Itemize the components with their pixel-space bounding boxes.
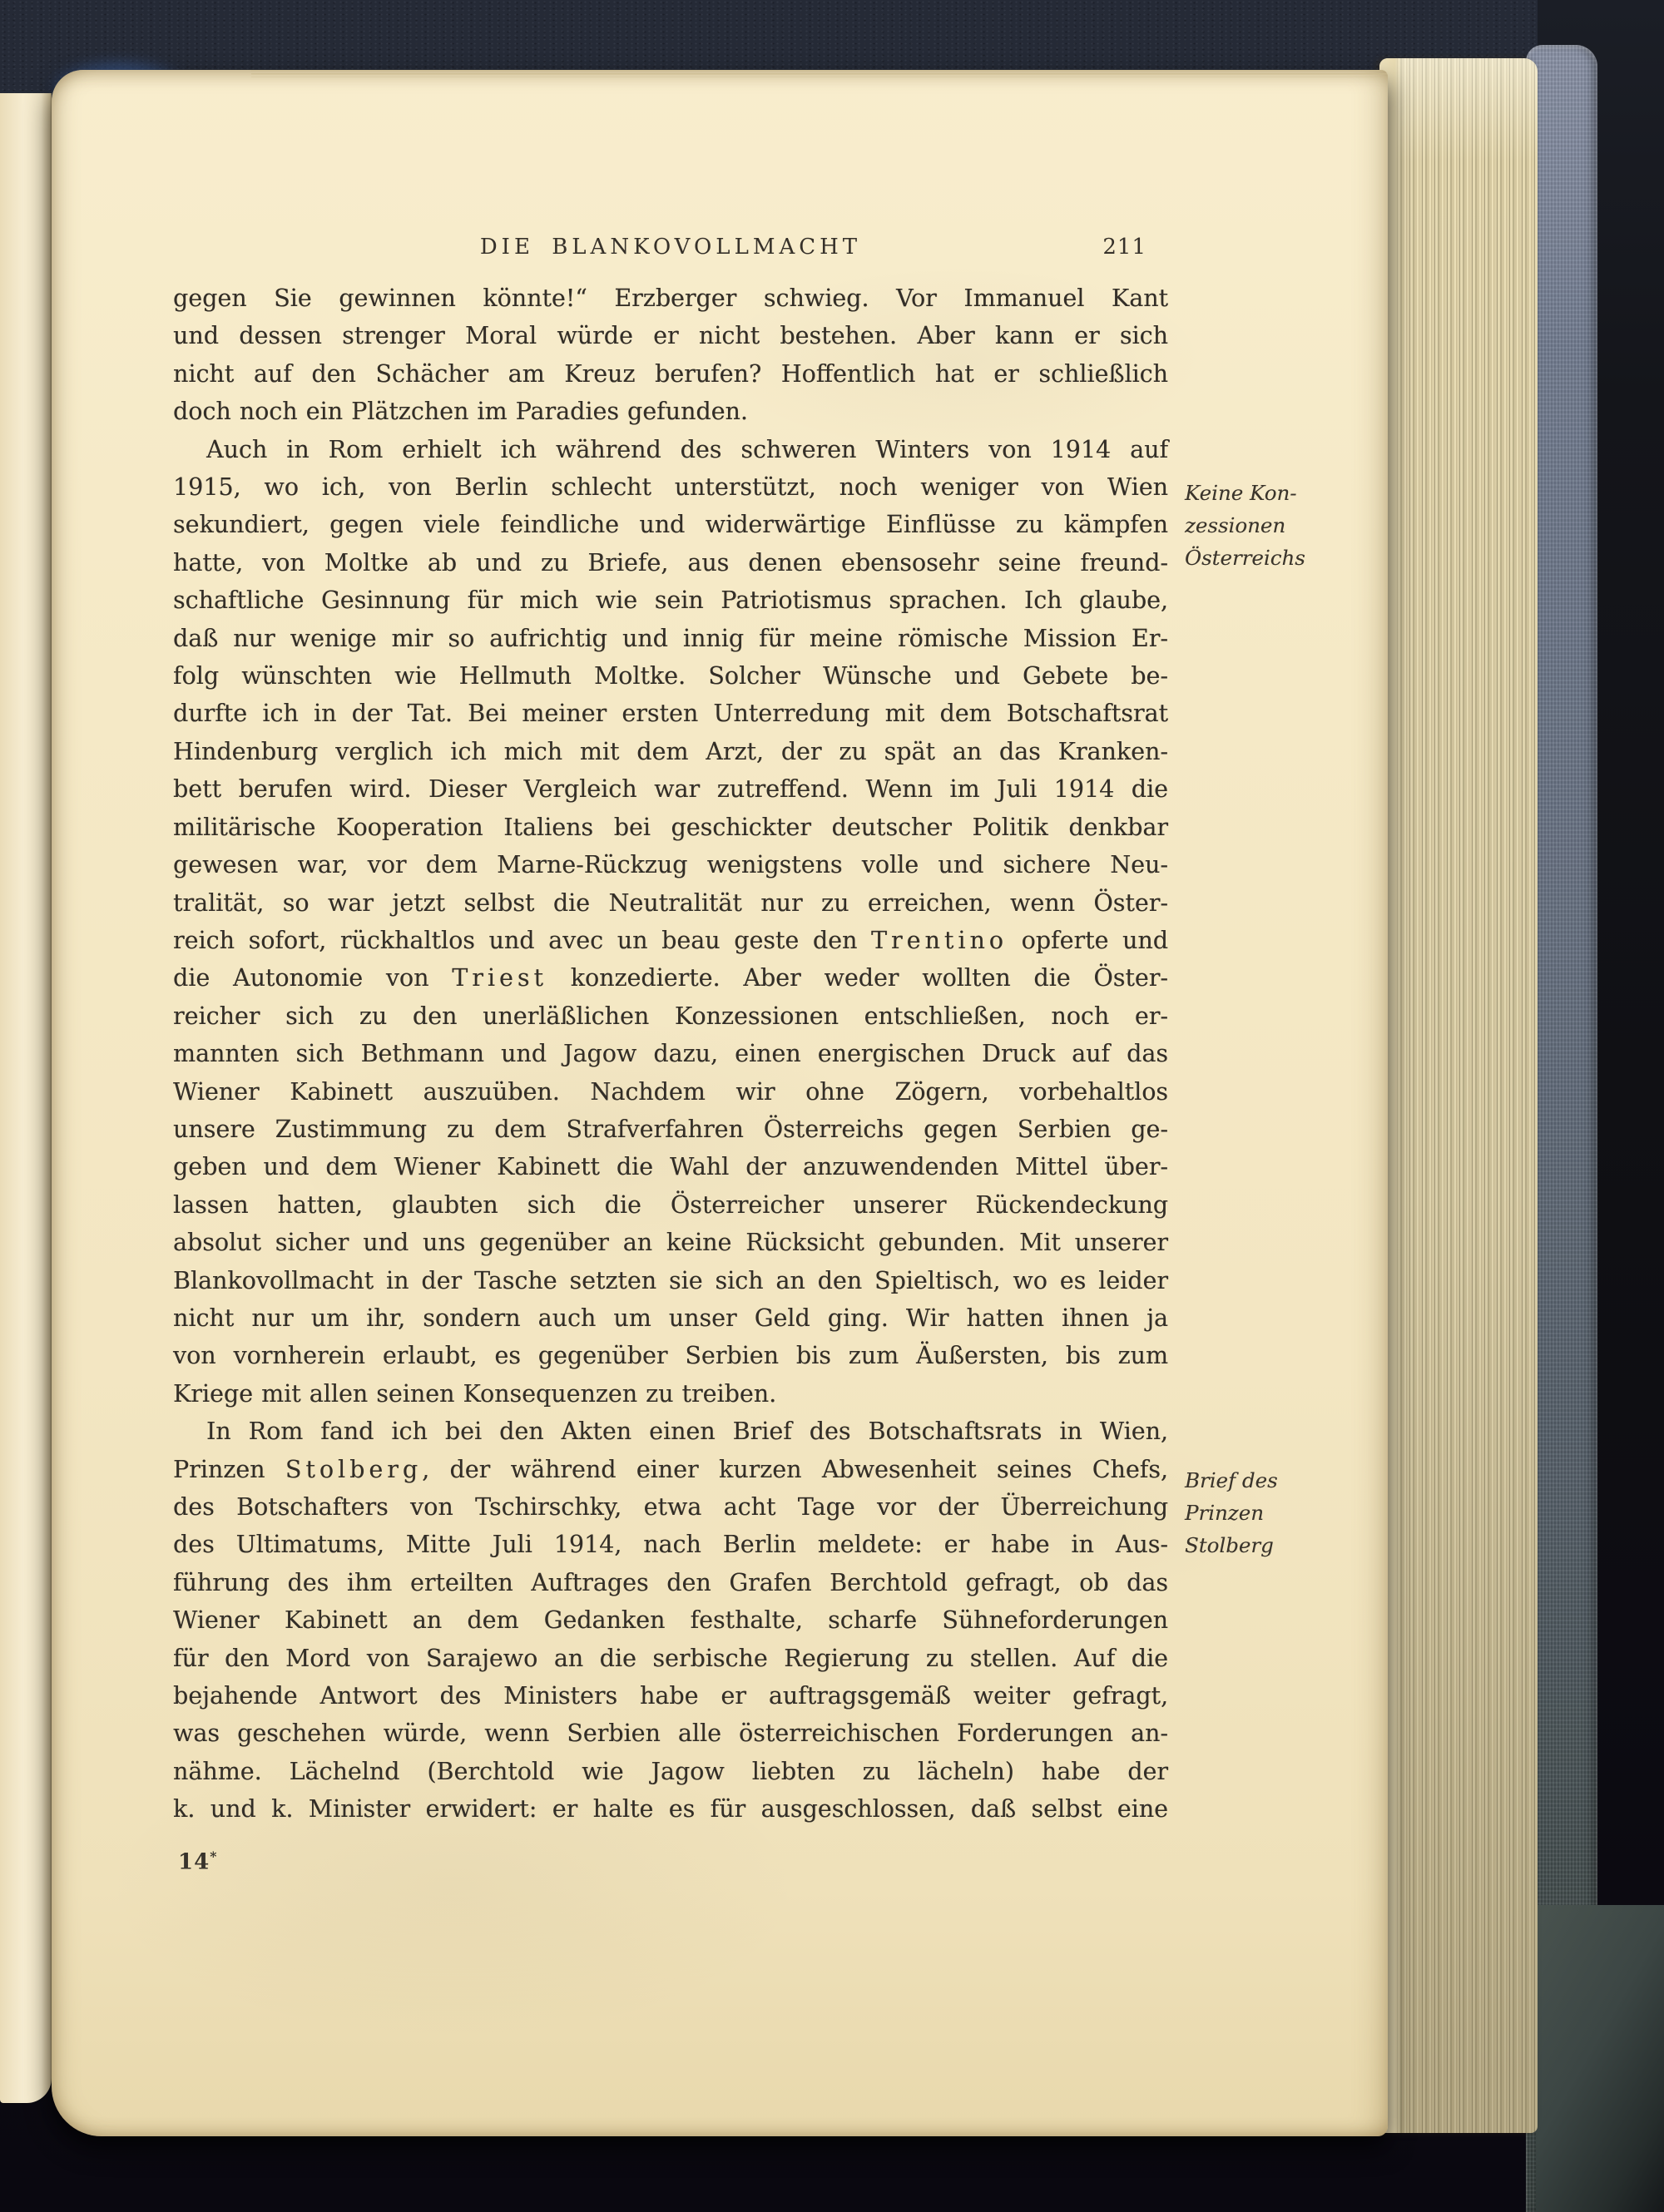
body-line: geben und dem Wiener Kabinett die Wahl d… bbox=[173, 1148, 1168, 1185]
body-line: die Autonomie von Triest konzedierte. Ab… bbox=[173, 959, 1168, 997]
body-line: von vornherein erlaubt, es gegenüber Ser… bbox=[173, 1337, 1168, 1374]
body-line: was geschehen würde, wenn Serbien alle ö… bbox=[173, 1715, 1168, 1752]
book-page: DIE BLANKOVOLLMACHT 211 gegen Sie gewinn… bbox=[52, 70, 1388, 2136]
body-line: durfte ich in der Tat. Bei meiner ersten… bbox=[173, 695, 1168, 732]
running-head: DIE BLANKOVOLLMACHT 211 bbox=[173, 235, 1168, 268]
margin-note-line: Prinzen bbox=[1185, 1497, 1364, 1529]
body-line: des Botschafters von Tschirschky, etwa a… bbox=[173, 1488, 1168, 1526]
margin-note-line: Stolberg bbox=[1185, 1529, 1364, 1561]
body-line: bett berufen wird. Dieser Vergleich war … bbox=[173, 770, 1168, 808]
letterspaced-word: Stolberg bbox=[285, 1456, 422, 1483]
body-line: k. und k. Minister erwidert: er halte es… bbox=[173, 1790, 1168, 1828]
body-line: gegen Sie gewinnen könnte!“ Erzberger sc… bbox=[173, 280, 1168, 317]
body-line: bejahende Antwort des Ministers habe er … bbox=[173, 1677, 1168, 1715]
body-line: Wiener Kabinett an dem Gedanken festhalt… bbox=[173, 1601, 1168, 1639]
margin-note-line: Keine Kon- bbox=[1185, 477, 1364, 509]
body-line: für den Mord von Sarajewo an die serbisc… bbox=[173, 1640, 1168, 1677]
body-line: führung des ihm erteilten Auftrages den … bbox=[173, 1564, 1168, 1601]
body-line: reich sofort, rückhaltlos und avec un be… bbox=[173, 922, 1168, 959]
body-line: tralität, so war jetzt selbst die Neutra… bbox=[173, 884, 1168, 922]
body-line: nicht auf den Schächer am Kreuz berufen?… bbox=[173, 355, 1168, 393]
signature-star: * bbox=[210, 1848, 217, 1864]
body-line: lassen hatten, glaubten sich die Österre… bbox=[173, 1186, 1168, 1224]
signature-number: 14 bbox=[178, 1850, 210, 1875]
margin-note-keine-konzessionen: Keine Kon-zessionenÖsterreichs bbox=[1185, 477, 1364, 574]
chapter-title: DIE BLANKOVOLLMACHT bbox=[173, 235, 1168, 260]
body-line: Auch in Rom erhielt ich während des schw… bbox=[173, 431, 1168, 468]
body-line: reicher sich zu den unerläßlichen Konzes… bbox=[173, 997, 1168, 1035]
body-line: sekundiert, gegen viele feindliche und w… bbox=[173, 506, 1168, 543]
body-line: militärische Kooperation Italiens bei ge… bbox=[173, 809, 1168, 846]
body-line: 1915, wo ich, von Berlin schlecht unters… bbox=[173, 468, 1168, 506]
body-line: nicht nur um ihr, sondern auch um unser … bbox=[173, 1299, 1168, 1337]
body-line: mannten sich Bethmann und Jagow dazu, ei… bbox=[173, 1035, 1168, 1072]
body-line: daß nur wenige mir so aufrichtig und inn… bbox=[173, 620, 1168, 657]
body-line: Hindenburg verglich ich mich mit dem Arz… bbox=[173, 733, 1168, 770]
body-line: schaftliche Gesinnung für mich wie sein … bbox=[173, 581, 1168, 619]
margin-note-brief-des-prinzen: Brief desPrinzenStolberg bbox=[1185, 1464, 1364, 1561]
body-line: hatte, von Moltke ab und zu Briefe, aus … bbox=[173, 544, 1168, 581]
facing-page-edge bbox=[0, 93, 52, 2103]
page-stack-fore-edge bbox=[1379, 58, 1538, 2133]
body-line: des Ultimatums, Mitte Juli 1914, nach Be… bbox=[173, 1526, 1168, 1563]
body-line: Blankovollmacht in der Tasche setzten si… bbox=[173, 1262, 1168, 1299]
body-line: Wiener Kabinett auszuüben. Nachdem wir o… bbox=[173, 1073, 1168, 1111]
body-line: unsere Zustimmung zu dem Strafverfahren … bbox=[173, 1111, 1168, 1148]
body-text: gegen Sie gewinnen könnte!“ Erzberger sc… bbox=[173, 280, 1168, 1828]
margin-note-line: Österreichs bbox=[1185, 542, 1364, 574]
margin-note-line: zessionen bbox=[1185, 509, 1364, 542]
body-line: gewesen war, vor dem Marne-Rückzug wenig… bbox=[173, 846, 1168, 883]
body-line: absolut sicher und uns gegenüber an kein… bbox=[173, 1224, 1168, 1261]
letterspaced-word: Trentino bbox=[871, 927, 1008, 954]
body-line: Kriege mit allen seinen Konsequenzen zu … bbox=[173, 1375, 1168, 1413]
body-line: nähme. Lächelnd (Berchtold wie Jagow lie… bbox=[173, 1753, 1168, 1790]
body-line: In Rom fand ich bei den Akten einen Brie… bbox=[173, 1413, 1168, 1450]
body-line: Prinzen Stolberg, der während einer kurz… bbox=[173, 1451, 1168, 1488]
letterspaced-word: Triest bbox=[452, 964, 547, 992]
book-photo-scene: DIE BLANKOVOLLMACHT 211 gegen Sie gewinn… bbox=[0, 0, 1664, 2212]
margin-note-line: Brief des bbox=[1185, 1464, 1364, 1497]
page-number: 211 bbox=[1102, 235, 1146, 260]
body-line: folg wünschten wie Hellmuth Moltke. Solc… bbox=[173, 657, 1168, 695]
body-line: und dessen strenger Moral würde er nicht… bbox=[173, 317, 1168, 354]
body-line: doch noch ein Plätzchen im Paradies gefu… bbox=[173, 393, 1168, 430]
book-cover-bottom-right-shadow bbox=[1536, 1905, 1664, 2212]
signature-mark: 14* bbox=[178, 1848, 217, 1875]
